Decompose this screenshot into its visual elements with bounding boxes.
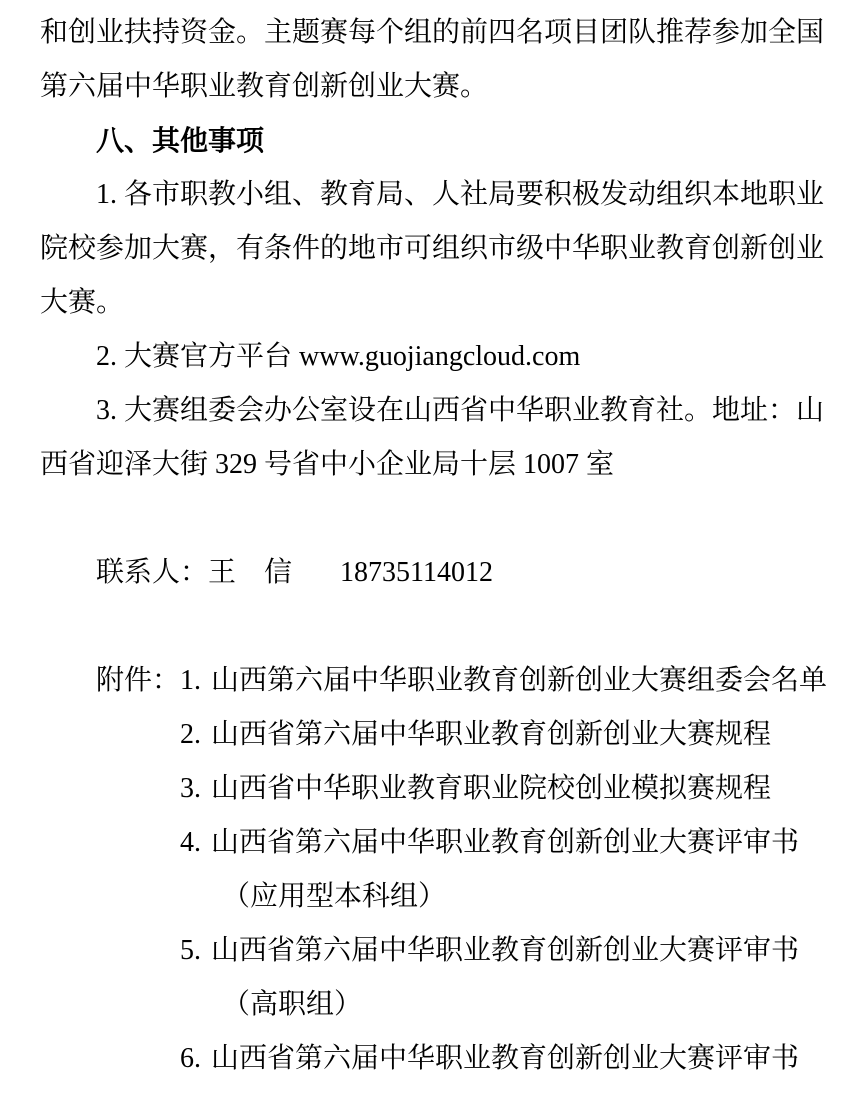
paragraph-platform: 2. 大赛官方平台 www.guojiangcloud.com [96, 330, 862, 384]
attachment-3-number: 3. [180, 773, 201, 804]
platform-url: www.guojiangcloud.com [299, 341, 580, 372]
attachment-2-number: 2. [180, 719, 201, 750]
attachment-2: 2.山西省第六届中华职业教育创新创业大赛规程 [180, 708, 862, 762]
paragraph-3-line-1: 3. 大赛组委会办公室设在山西省中华职业教育社。地址：山 [96, 384, 862, 438]
contact-label: 联系人： [96, 557, 208, 588]
blank-line [0, 492, 862, 546]
attachment-1-title: 山西第六届中华职业教育创新创业大赛组委会名单 [211, 665, 827, 696]
attachment-4-number: 4. [180, 827, 201, 858]
contact-line: 联系人：王 信18735114012 [96, 546, 862, 600]
paragraph-1-line-1: 1. 各市职教小组、教育局、人社局要积极发动组织本地职业 [96, 168, 862, 222]
paragraph-continuation-line-2: 第六届中华职业教育创新创业大赛。 [40, 60, 862, 114]
section-heading: 八、其他事项 [96, 114, 862, 168]
attachment-6-number: 6. [180, 1043, 201, 1074]
attachment-5-title: 山西省第六届中华职业教育创新创业大赛评审书 [211, 935, 799, 966]
attachment-1-number: 1. [180, 665, 201, 696]
attachment-3-title: 山西省中华职业教育职业院校创业模拟赛规程 [211, 773, 771, 804]
attachment-4-subtitle: （应用型本科组） [222, 870, 862, 924]
paragraph-1-line-2: 院校参加大赛，有条件的地市可组织市级中华职业教育创新创业 [40, 222, 862, 276]
paragraph-1-line-3: 大赛。 [40, 276, 862, 330]
attachments-label: 附件： [96, 665, 180, 696]
contact-name: 王 信 [208, 557, 292, 588]
blank-line [0, 600, 862, 654]
paragraph-continuation-line-1: 和创业扶持资金。主题赛每个组的前四名项目团队推荐参加全国 [40, 6, 862, 60]
attachment-6: 6.山西省第六届中华职业教育创新创业大赛评审书 [180, 1032, 862, 1086]
attachment-3: 3.山西省中华职业教育职业院校创业模拟赛规程 [180, 762, 862, 816]
attachments-first-line: 附件：1.山西第六届中华职业教育创新创业大赛组委会名单 [96, 654, 862, 708]
attachment-5-subtitle: （高职组） [222, 978, 862, 1032]
attachment-4: 4.山西省第六届中华职业教育创新创业大赛评审书 [180, 816, 862, 870]
paragraph-3-line-2: 西省迎泽大街 329 号省中小企业局十层 1007 室 [40, 438, 862, 492]
contact-phone: 18735114012 [340, 557, 493, 588]
platform-label: 2. 大赛官方平台 [96, 341, 299, 372]
attachment-2-title: 山西省第六届中华职业教育创新创业大赛规程 [211, 719, 771, 750]
attachment-4-title: 山西省第六届中华职业教育创新创业大赛评审书 [211, 827, 799, 858]
document-page: 和创业扶持资金。主题赛每个组的前四名项目团队推荐参加全国 第六届中华职业教育创新… [0, 0, 862, 1102]
attachment-6-title: 山西省第六届中华职业教育创新创业大赛评审书 [211, 1043, 799, 1074]
attachment-5: 5.山西省第六届中华职业教育创新创业大赛评审书 [180, 924, 862, 978]
attachment-5-number: 5. [180, 935, 201, 966]
